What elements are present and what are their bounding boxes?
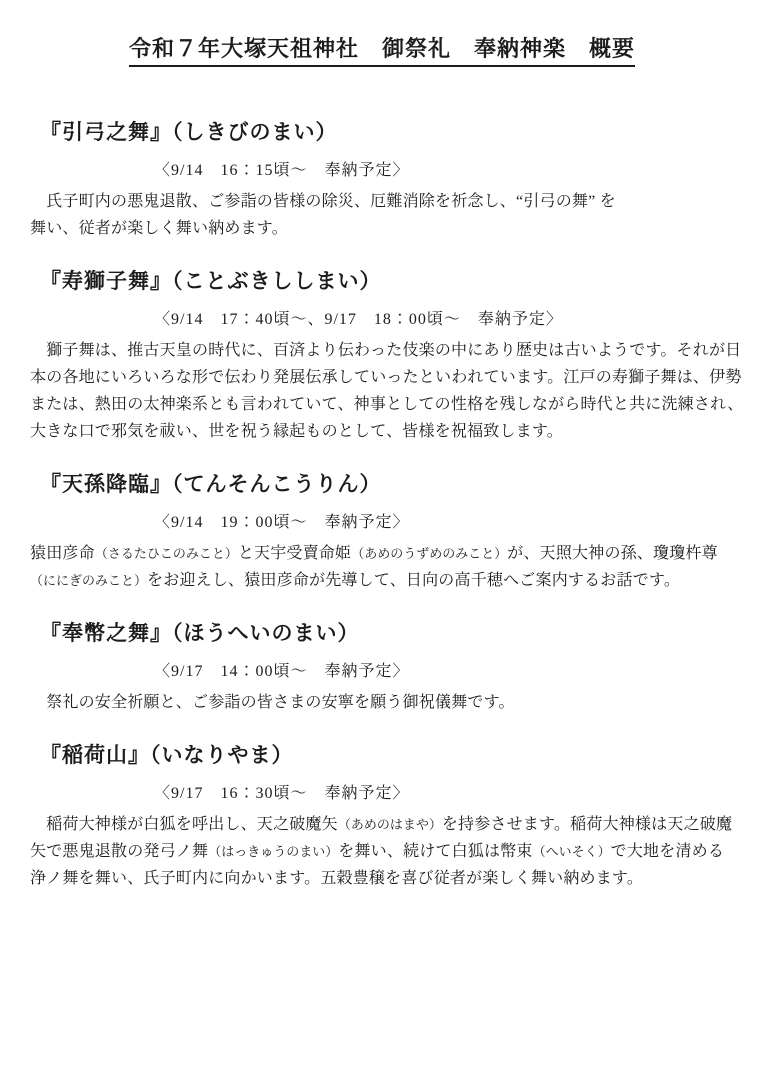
section-tenson-kourin: 『天孫降臨』（てんそんこうりん） 〈9/14 19：00頃～ 奉納予定〉 猿田彦… <box>30 471 734 594</box>
body-line: 獅子舞は、推古天皇の時代に、百済より伝わった伎楽の中にあり歴史は古いようです。そ… <box>30 337 734 364</box>
reading-annotation: （あめのはまや） <box>338 817 442 832</box>
body-line: または、熱田の太神楽系とも言われていて、神事としての性格を残しながら時代と共に洗… <box>30 391 734 418</box>
section-heading: 『引弓之舞』（しきびのまい） <box>40 119 734 145</box>
section-kotobuki-shishimai: 『寿獅子舞』（ことぶきししまい） 〈9/14 17：40頃～、9/17 18：0… <box>30 268 734 445</box>
body-line: 浄ノ舞を舞い、氏子町内に向かいます。五穀豊穣を喜び従者が楽しく舞い納めます。 <box>30 865 734 892</box>
section-schedule: 〈9/17 16：30頃～ 奉納予定〉 <box>30 784 734 804</box>
section-schedule: 〈9/14 16：15頃～ 奉納予定〉 <box>30 161 734 181</box>
body-line: （ににぎのみこと）をお迎えし、猿田彦命が先導して、日向の高千穂へご案内するお話で… <box>30 567 734 594</box>
section-body: 祭礼の安全祈願と、ご参詣の皆さまの安寧を願う御祝儀舞です。 <box>30 689 734 716</box>
body-line: 稲荷大神様が白狐を呼出し、天之破魔矢（あめのはまや）を持参させます。稲荷大神様は… <box>30 811 734 838</box>
document-page: 令和７年大塚天祖神社 御祭礼 奉納神楽 概要 『引弓之舞』（しきびのまい） 〈9… <box>0 0 758 1080</box>
body-line: 舞い、従者が楽しく舞い納めます。 <box>30 215 734 242</box>
body-line: 大きな口で邪気を祓い、世を祝う縁起ものとして、皆様を祝福致します。 <box>30 418 734 445</box>
reading-annotation: （さるたひこのみこと） <box>95 546 238 561</box>
section-heading: 『奉幣之舞』（ほうへいのまい） <box>40 620 734 646</box>
section-body: 稲荷大神様が白狐を呼出し、天之破魔矢（あめのはまや）を持参させます。稲荷大神様は… <box>30 811 734 892</box>
section-body: 猿田彦命（さるたひこのみこと）と天宇受賣命姫（あめのうずめのみこと）が、天照大神… <box>30 540 734 594</box>
section-schedule: 〈9/17 14：00頃～ 奉納予定〉 <box>30 662 734 682</box>
section-heading: 『稲荷山』（いなりやま） <box>40 742 734 768</box>
body-line: 本の各地にいろいろな形で伝わり発展伝承していったといわれています。江戸の寿獅子舞… <box>30 364 734 391</box>
reading-annotation: （あめのうずめのみこと） <box>351 546 507 561</box>
section-heading: 『天孫降臨』（てんそんこうりん） <box>40 471 734 497</box>
section-hikiyumi-no-mai: 『引弓之舞』（しきびのまい） 〈9/14 16：15頃～ 奉納予定〉 氏子町内の… <box>30 119 734 242</box>
section-houhei-no-mai: 『奉幣之舞』（ほうへいのまい） 〈9/17 14：00頃～ 奉納予定〉 祭礼の安… <box>30 620 734 716</box>
reading-annotation: （はっきゅうのまい） <box>208 844 338 859</box>
page-title: 令和７年大塚天祖神社 御祭礼 奉納神楽 概要 <box>129 34 635 67</box>
body-line: 猿田彦命（さるたひこのみこと）と天宇受賣命姫（あめのうずめのみこと）が、天照大神… <box>30 540 734 567</box>
section-inariyama: 『稲荷山』（いなりやま） 〈9/17 16：30頃～ 奉納予定〉 稲荷大神様が白… <box>30 742 734 892</box>
section-body: 獅子舞は、推古天皇の時代に、百済より伝わった伎楽の中にあり歴史は古いようです。そ… <box>30 337 734 445</box>
section-schedule: 〈9/14 17：40頃～、9/17 18：00頃～ 奉納予定〉 <box>30 310 734 330</box>
section-schedule: 〈9/14 19：00頃～ 奉納予定〉 <box>30 513 734 533</box>
body-line: 氏子町内の悪鬼退散、ご参詣の皆様の除災、厄難消除を祈念し、“引弓の舞” を <box>30 188 734 215</box>
reading-annotation: （へいそく） <box>533 844 611 859</box>
body-line: 祭礼の安全祈願と、ご参詣の皆さまの安寧を願う御祝儀舞です。 <box>30 689 734 716</box>
body-line: 矢で悪鬼退散の発弓ノ舞（はっきゅうのまい）を舞い、続けて白狐は幣束（へいそく）で… <box>30 838 734 865</box>
section-body: 氏子町内の悪鬼退散、ご参詣の皆様の除災、厄難消除を祈念し、“引弓の舞” を 舞い… <box>30 188 734 242</box>
section-heading: 『寿獅子舞』（ことぶきししまい） <box>40 268 734 294</box>
reading-annotation: （ににぎのみこと） <box>30 573 147 588</box>
